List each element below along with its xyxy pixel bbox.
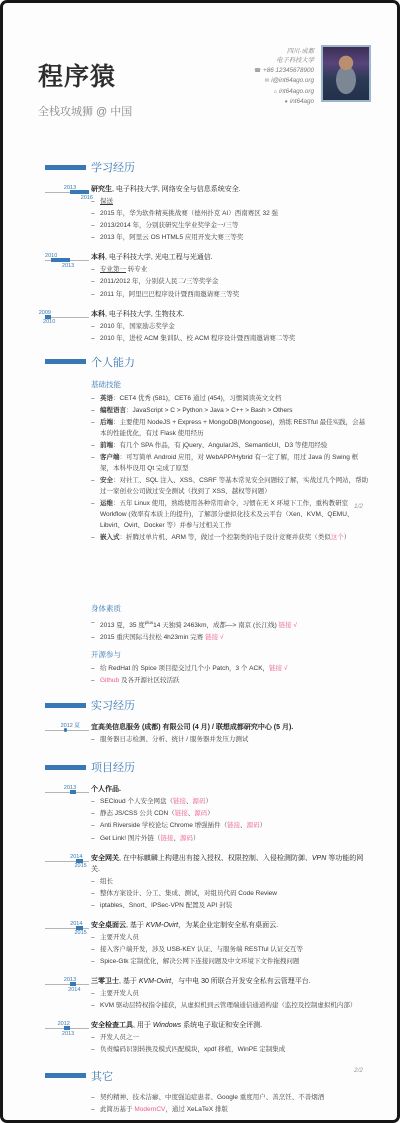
profile-photo (321, 45, 371, 102)
timeline-end-year: 2013 (48, 1031, 74, 1037)
section-title: 其它 (91, 1068, 113, 1084)
list-item: –KVM 驱动层特权指令捕获，从虚拟机到云管理端通信通道构建（监控及控制虚拟机内… (91, 1001, 371, 1012)
bullet-dash: – (91, 1033, 100, 1044)
timeline-end-year: 2015 (61, 930, 87, 936)
list-item: –2010 年，国家励志奖学金 (91, 322, 371, 333)
text-span: 安全 (100, 477, 113, 484)
list-item: –安全：对社工、SQL 注入、XSS、CSRF 等基本常见安全问题较了解，实战过… (91, 476, 371, 498)
bullet-text: KVM 驱动层特权指令捕获，从虚拟机到云管理端通信通道构建（监控及控制虚拟机内部… (100, 1001, 371, 1012)
bullet-dash: – (91, 265, 100, 276)
list-item: –前端：有几个 SPA 作品，有 jQuery、AngularJS、Semant… (91, 441, 371, 452)
entry-body: 三零卫士, 基于 KVM-Ovirt，与中电 30 所联合开发安全私有云管理平台… (91, 976, 371, 1013)
list-item: –给 RedHat 的 Spice 项目提交过几个小 Patch，3 个 ACK… (91, 664, 371, 675)
list-item: –2013/2014 年，分别获研究生学业奖学金一/三等 (91, 221, 371, 232)
text-span: ：CET4 优秀 (581)，CET6 通过 (454)，习惯阅读英文文档 (113, 395, 281, 402)
bullet-text: 开发人员之一 (100, 1033, 371, 1044)
text-span: 三零卫士 (91, 978, 119, 985)
timeline-end-year: 2015 (61, 863, 87, 869)
entry-timeline: 2013 (38, 784, 91, 845)
text-span: Spice-Gtk 定制优化，解决公网下连接问题及中文环境下文件拖拽问题 (100, 958, 299, 965)
text-span: 前端 (100, 442, 113, 449)
bullet-text: 客户端：可写简单 Android 应用，对 WebAPP/Hybrid 有一定了… (100, 453, 371, 475)
text-span: 安全桌面云 (91, 922, 126, 929)
timeline-line (45, 984, 89, 985)
section-header: 学习经历 (45, 159, 371, 175)
section-projects: 项目经历2013个人作品.–SECloud 个人安全网盘（链接、源码）–静态 J… (38, 759, 371, 1057)
text-span: 整体方案设计、分工、集成、测试，对组员代码 Code Review (100, 890, 277, 897)
list-item: –组长 (91, 877, 371, 888)
bullet-dash: – (91, 476, 100, 498)
inline-link[interactable]: 链接 √ (269, 665, 287, 672)
inline-link[interactable]: 源码 (194, 810, 207, 817)
inline-link[interactable]: 链接 √ (279, 622, 297, 629)
bullet-dash: – (91, 209, 100, 220)
bullet-text: 服务器日志检测、分析、统计 / 服务器并发压力测试 (100, 735, 371, 746)
timeline-entry: 20102013本科, 电子科技大学, 光电工程与光通信.–专业第一 转专业–2… (38, 252, 371, 301)
text-span: 14 天独骑 2463km，成都—> 南京 (长江线) (153, 622, 279, 629)
text-span: 2013 夏，35 度 (100, 622, 145, 629)
text-span: plus (145, 620, 153, 625)
resume-document: 程序猿 全栈攻城狮 @ 中国 四川·成都电子科技大学☎+86 123456789… (0, 0, 400, 1123)
entry-title: 本科, 电子科技大学, 光电工程与光通信. (91, 252, 371, 263)
bullet-text: 主要开发人员 (100, 933, 371, 944)
email-icon: ✉ (265, 78, 270, 84)
github-icon: ● (285, 99, 288, 105)
contact-text: 电子科技大学 (276, 57, 314, 64)
subsection-heading: 身体素质 (91, 603, 371, 614)
bullet-dash: – (91, 889, 100, 900)
text-span: 英语 (100, 395, 113, 402)
text-span: KVM 驱动层特权指令捕获，从虚拟机到云管理端通信通道构建（监控及控制虚拟机内部… (100, 1002, 356, 1009)
timeline-entry: 20142015安全网关, 在中标麒麟上构建出有接入授权、权限控制、入侵检测防御… (38, 853, 371, 913)
bullet-dash: – (91, 664, 100, 675)
text-span: Windows (153, 1022, 181, 1029)
entry-body: 研究生, 电子科技大学, 网络安全与信息系统安全.–保送–2015 年，华为软件… (91, 184, 371, 245)
text-span: ：主要使用 NodeJS + Express + MongoDB(Mongoos… (100, 419, 365, 437)
text-span: 研究生 (91, 186, 112, 193)
text-span: ：有几个 SPA 作品，有 jQuery、AngularJS、SemanticU… (113, 442, 327, 449)
timeline-end-year: 2013 (48, 263, 74, 269)
section-header: 其它 (45, 1068, 371, 1084)
timeline-start-year: 2014 (56, 854, 82, 860)
timeline-end-year: 2016 (67, 195, 93, 201)
entry-body: 宜高美信息服务 (成都) 有限公司 (4 月) / 联想成都研究中心 (5 月)… (91, 722, 371, 747)
list-item: –专业第一 转专业 (91, 265, 371, 276)
subsection: 身体素质–2013 夏，35 度plus14 天独骑 2463km，成都—> 南… (91, 603, 371, 644)
bullet-dash: – (91, 633, 100, 644)
text-span: 负责编码识别转换及模式匹配模块，xpdf 移植，WinPE 定制集成 (100, 1046, 285, 1053)
text-span: 主要开发人员 (100, 990, 139, 997)
bullet-dash: – (91, 418, 100, 440)
page-2-content: 身体素质–2013 夏，35 度plus14 天独骑 2463km，成都—> 南… (38, 603, 371, 1116)
section-misc: 其它–契约精神、技术洁癖、中度强迫症患者、Google 重度用户、善烹饪、不善烟… (38, 1068, 371, 1116)
text-span: 给 RedHat 的 Spice 项目提交过几个小 Patch，3 个 ACK， (100, 665, 269, 672)
text-span: ） (260, 822, 267, 829)
inline-link[interactable]: 源码 (192, 798, 205, 805)
bullet-text: iptables、Snort、IPSec-VPN 配置及 API 封装 (100, 901, 371, 912)
bullet-text: 专业第一 转专业 (100, 265, 371, 276)
bullet-dash: – (91, 901, 100, 912)
bullet-text: 组长 (100, 877, 371, 888)
text-span: Anti Riverside 学校论坛 Chrome 增强插件（ (100, 822, 227, 829)
bullet-text: Spice-Gtk 定制优化，解决公网下连接问题及中文环境下文件拖拽问题 (100, 957, 371, 968)
bullet-dash: – (91, 933, 100, 944)
bullet-text: 安全：对社工、SQL 注入、XSS、CSRF 等基本常见安全问题较了解，实战过几… (100, 476, 371, 498)
inline-link[interactable]: 链接 (160, 835, 173, 842)
text-span: 宜高美信息服务 (成都) 有限公司 (4 月) / 联想成都研究中心 (5 月)… (91, 724, 293, 731)
text-span: ，与中电 30 所联合开发安全私有云管理平台. (171, 978, 311, 985)
timeline-start-year: 2010 (31, 253, 57, 259)
text-span: , 用于 (133, 1022, 153, 1029)
list-item: –2015 年，华为软件精英挑战赛（德州扑克 AI）西南赛区 32 强 (91, 209, 371, 220)
text-span: 静态 JS/CSS 公共 CDN（ (100, 810, 175, 817)
phone-icon: ☎ (254, 68, 261, 74)
section-rule (45, 765, 86, 770)
timeline-entry: 20132016研究生, 电子科技大学, 网络安全与信息系统安全.–保送–201… (38, 184, 371, 245)
list-item: –契约精神、技术洁癖、中度强迫症患者、Google 重度用户、善烹饪、不善烟酒 (91, 1093, 371, 1104)
bullet-dash: – (91, 334, 100, 345)
list-item: –Github 及各开源社区较活跃 (91, 676, 371, 687)
bullet-dash: – (91, 233, 100, 244)
bullet-text: 整体方案设计、分工、集成、测试，对组员代码 Code Review (100, 889, 371, 900)
contact-line: ●int64ago (254, 97, 314, 107)
bullet-dash: – (91, 618, 100, 632)
subsection-heading: 开源参与 (91, 649, 371, 660)
text-span: ） (207, 810, 214, 817)
list-item: –Anti Riverside 学校论坛 Chrome 增强插件（链接、源码） (91, 821, 371, 832)
text-span: 运维 (100, 500, 113, 507)
text-span: ，为某企业定制安全私有桌面云. (178, 922, 278, 929)
bullet-text: 给 RedHat 的 Spice 项目提交过几个小 Patch，3 个 ACK，… (100, 664, 371, 675)
bullet-dash: – (91, 797, 100, 808)
section-rule (45, 359, 86, 364)
home-icon: ⌂ (274, 89, 277, 95)
text-span: 转专业 (126, 266, 147, 273)
timeline-start-year: 2014 (56, 921, 82, 927)
text-span: ） (193, 835, 200, 842)
entry-title: 安全检查工具, 用于 Windows 系统电子取证和安全评测. (91, 1020, 371, 1031)
list-item: –2010 年，进校 ACM 集训队、校 ACM 程序设计暨西南邀请赛二等奖 (91, 334, 371, 345)
subsection-heading: 基础技能 (91, 379, 371, 390)
timeline-start-year: 2013 (50, 977, 76, 983)
bullet-text: Github 及各开源社区较活跃 (100, 676, 371, 687)
list-item: –整体方案设计、分工、集成、测试，对组员代码 Code Review (91, 889, 371, 900)
text-span: ：对社工、SQL 注入、XSS、CSRF 等基本常见安全问题较了解，实战过几个网… (100, 477, 368, 495)
inline-link[interactable]: Github (100, 677, 119, 684)
entry-body: 本科, 电子科技大学, 生物技术.–2010 年，国家励志奖学金–2010 年，… (91, 309, 371, 346)
section-title: 项目经历 (91, 759, 135, 775)
text-span: 系统电子取证和安全评测. (181, 1022, 262, 1029)
entry-timeline: 20142015 (38, 920, 91, 969)
text-span: 安全网关 (91, 855, 119, 862)
timeline-end-year: 2014 (54, 987, 80, 993)
entry-body: 安全检查工具, 用于 Windows 系统电子取证和安全评测.–开发人员之一–负… (91, 1020, 371, 1057)
page-number: 2/2 (354, 1067, 363, 1074)
text-span: 客户端 (100, 454, 120, 461)
text-span: VPN (312, 855, 326, 862)
list-item: –开发人员之一 (91, 1033, 371, 1044)
timeline-mark: 2012 夏 (50, 723, 80, 729)
inline-link[interactable]: 链接 (173, 798, 186, 805)
inline-link[interactable]: 链接 (175, 810, 188, 817)
section-header: 实习经历 (45, 697, 371, 713)
section-internship: 实习经历2012 夏宜高美信息服务 (成都) 有限公司 (4 月) / 联想成都… (38, 697, 371, 747)
section-list: –契约精神、技术洁癖、中度强迫症患者、Google 重度用户、善烹饪、不善烟酒–… (91, 1093, 371, 1116)
section-header: 个人能力 (45, 354, 371, 370)
text-span: , 基于 (119, 978, 139, 985)
entry-timeline: 20132016 (38, 184, 91, 245)
contact-text: int64ago (290, 98, 314, 105)
inline-link[interactable]: 链接 (227, 822, 240, 829)
bullet-text: 2015 年，华为软件精英挑战赛（德州扑克 AI）西南赛区 32 强 (100, 209, 371, 220)
timeline-start-year: 2013 (50, 185, 76, 191)
bullet-dash: – (91, 453, 100, 475)
text-span: Get Link! 图片外链（ (100, 835, 160, 842)
text-span: , 在中标麒麟上构建出有接入授权、权限控制、入侵检测防御、 (119, 855, 312, 862)
text-span: 2013/2014 年，分别获研究生学业奖学金一/三等 (100, 222, 238, 229)
entry-title: 宜高美信息服务 (成都) 有限公司 (4 月) / 联想成都研究中心 (5 月)… (91, 722, 371, 733)
bullet-text: 2010 年，进校 ACM 集训队、校 ACM 程序设计暨西南邀请赛二等奖 (100, 334, 371, 345)
text-span: 2011/2012 年，分别获人民二/三等奖学金 (100, 278, 218, 285)
text-span: 组长 (100, 878, 113, 885)
text-span: 编程语言 (100, 407, 126, 414)
list-item: –2011/2012 年，分别获人民二/三等奖学金 (91, 277, 371, 288)
bullet-dash: – (91, 441, 100, 452)
bullet-dash: – (91, 277, 100, 288)
bullet-text: Get Link! 图片外链（链接、源码） (100, 834, 371, 845)
entry-title: 个人作品. (91, 784, 371, 795)
entry-timeline: 20122013 (38, 1020, 91, 1057)
text-span: iptables、Snort、IPSec-VPN 配置及 API 封装 (100, 902, 232, 909)
text-span: ：JavaScript > C > Python > Java > C++ > … (126, 407, 293, 414)
timeline-entry: 20132014三零卫士, 基于 KVM-Ovirt，与中电 30 所联合开发安… (38, 976, 371, 1013)
list-item: –服务器日志检测、分析、统计 / 服务器并发压力测试 (91, 735, 371, 746)
bullet-dash: – (91, 322, 100, 333)
bullet-dash: – (91, 1045, 100, 1056)
timeline-entry: 20092010本科, 电子科技大学, 生物技术.–2010 年，国家励志奖学金… (38, 309, 371, 346)
section-header: 项目经历 (45, 759, 371, 775)
contact-text: i@int64ago.org (271, 77, 314, 84)
text-span: 契约精神、技术洁癖、中度强迫症患者、Google 重度用户、善烹饪、不善烟酒 (100, 1094, 324, 1101)
bullet-dash: – (91, 957, 100, 968)
timeline-start-year: 2013 (50, 785, 76, 791)
candidate-tagline: 全栈攻城狮 @ 中国 (38, 103, 132, 119)
section-title: 实习经历 (91, 697, 135, 713)
bullet-text: 2013 夏，35 度plus14 天独骑 2463km，成都—> 南京 (长江… (100, 618, 371, 632)
bullet-text: 2013/2014 年，分别获研究生学业奖学金一/三等 (100, 221, 371, 232)
bullet-text: 静态 JS/CSS 公共 CDN（链接、源码） (100, 809, 371, 820)
timeline-line (45, 792, 89, 793)
entry-body: 安全桌面云, 基于 KVM-Ovirt，为某企业定制安全私有桌面云.–主要开发人… (91, 920, 371, 969)
bullet-dash: – (91, 989, 100, 1000)
entry-timeline: 2012 夏 (38, 722, 91, 747)
bullet-dash: – (91, 1105, 100, 1116)
text-span: , 电子科技大学, 光电工程与光通信. (105, 254, 213, 261)
inline-link[interactable]: 源码 (180, 835, 193, 842)
entry-timeline: 20092010 (38, 309, 91, 346)
page-1-content: 学习经历20132016研究生, 电子科技大学, 网络安全与信息系统安全.–保送… (38, 159, 371, 544)
bullet-dash: – (91, 1093, 100, 1104)
timeline-line (45, 317, 89, 318)
entry-timeline: 20132014 (38, 976, 91, 1013)
header-right: 四川·成都电子科技大学☎+86 12345678900✉i@int64ago.o… (254, 45, 371, 107)
text-span: 主要开发人员 (100, 934, 139, 941)
entry-timeline: 20102013 (38, 252, 91, 301)
bullet-dash: – (91, 221, 100, 232)
list-item: –保送 (91, 197, 371, 208)
list-item: –此简历基于 ModernCV，通过 XeLaTeX 排版 (91, 1105, 371, 1116)
section-education: 学习经历20132016研究生, 电子科技大学, 网络安全与信息系统安全.–保送… (38, 159, 371, 346)
list-item: –英语：CET4 优秀 (581)，CET6 通过 (454)，习惯阅读英文文档 (91, 394, 371, 405)
text-span: 此简历基于 (100, 1106, 134, 1113)
text-span: ，通过 XeLaTeX 排版 (165, 1106, 228, 1113)
list-item: –Get Link! 图片外链（链接、源码） (91, 834, 371, 845)
text-span: , 基于 (126, 922, 146, 929)
header-left: 程序猿 全栈攻城狮 @ 中国 (38, 45, 132, 119)
bullet-text: 2011 年，阿里巴巴程序设计暨西南邀请赛三等奖 (100, 290, 371, 301)
list-item: –后端：主要使用 NodeJS + Express + MongoDB(Mong… (91, 418, 371, 440)
text-span: 后端 (100, 419, 113, 426)
bullet-text: Anti Riverside 学校论坛 Chrome 增强插件（链接、源码） (100, 821, 371, 832)
subsection: 开源参与–给 RedHat 的 Spice 项目提交过几个小 Patch，3 个… (91, 649, 371, 687)
text-span: 开发人员之一 (100, 1034, 139, 1041)
contact-line: ⌂int64ago.org (254, 87, 314, 97)
text-span: , 电子科技大学, 生物技术. (105, 311, 185, 318)
text-span: 2013 年，阿里云 OS HTML5 应用开发大赛三等奖 (100, 234, 243, 241)
text-span: 2011 年，阿里巴巴程序设计暨西南邀请赛三等奖 (100, 291, 239, 298)
bullet-text: 主要开发人员 (100, 989, 371, 1000)
list-item: –2011 年，阿里巴巴程序设计暨西南邀请赛三等奖 (91, 290, 371, 301)
inline-link[interactable]: 源码 (247, 822, 260, 829)
page-number: 1/2 (354, 503, 363, 510)
entry-timeline: 20142015 (38, 853, 91, 913)
list-item: –SECloud 个人安全网盘（链接、源码） (91, 797, 371, 808)
list-item: –主要开发人员 (91, 933, 371, 944)
list-item: –Spice-Gtk 定制优化，解决公网下连接问题及中文环境下文件拖拽问题 (91, 957, 371, 968)
section-rule (45, 703, 86, 708)
text-span: 服务器日志检测、分析、统计 / 服务器并发压力测试 (100, 736, 248, 743)
list-item: –接入客户端开发，涉及 USB-KEY 认证、与服务端 RESTful 认证交互… (91, 945, 371, 956)
timeline-start-year: 2009 (25, 310, 51, 316)
bullet-dash: – (91, 809, 100, 820)
entry-body: 本科, 电子科技大学, 光电工程与光通信.–专业第一 转专业–2011/2012… (91, 252, 371, 301)
list-item: –iptables、Snort、IPSec-VPN 配置及 API 封装 (91, 901, 371, 912)
bullet-text: 英语：CET4 优秀 (581)，CET6 通过 (454)，习惯阅读英文文档 (100, 394, 371, 405)
list-item: –2015 重庆国际马拉松 4h23min 完赛 链接 √ (91, 633, 371, 644)
bullet-text: 负责编码识别转换及模式匹配模块，xpdf 移植，WinPE 定制集成 (100, 1045, 371, 1056)
list-item: –客户端：可写简单 Android 应用，对 WebAPP/Hybrid 有一定… (91, 453, 371, 475)
bullet-dash: – (91, 945, 100, 956)
list-item: –2013 夏，35 度plus14 天独骑 2463km，成都—> 南京 (长… (91, 618, 371, 632)
text-span: SECloud 个人安全网盘（ (100, 798, 173, 805)
contact-text: 四川·成都 (287, 48, 314, 55)
bullet-text: 接入客户端开发，涉及 USB-KEY 认证、与服务端 RESTful 认证交互等 (100, 945, 371, 956)
text-span: KVM-Ovirt (146, 922, 178, 929)
section-rule (45, 165, 86, 170)
bullet-dash: – (91, 821, 100, 832)
bullet-text: 2013 年，阿里云 OS HTML5 应用开发大赛三等奖 (100, 233, 371, 244)
bullet-text: 此简历基于 ModernCV，通过 XeLaTeX 排版 (100, 1105, 371, 1116)
bullet-dash: – (91, 394, 100, 405)
text-span: 2010 年，国家励志奖学金 (100, 323, 175, 330)
text-span: 2015 重庆国际马拉松 4h23min 完赛 (100, 634, 205, 641)
text-span: 及各开源社区较活跃 (119, 677, 179, 684)
bullet-dash: – (91, 877, 100, 888)
list-item: –编程语言：JavaScript > C > Python > Java > C… (91, 406, 371, 417)
text-span: 安全检查工具 (91, 1022, 133, 1029)
bullet-text: 2011/2012 年，分别获人民二/三等奖学金 (100, 277, 371, 288)
timeline-end-year: 2010 (29, 319, 55, 325)
bullet-text: 后端：主要使用 NodeJS + Express + MongoDB(Mongo… (100, 418, 371, 440)
inline-link[interactable]: ModernCV (134, 1106, 165, 1113)
contact-line: ✉i@int64ago.org (254, 76, 314, 86)
timeline-entry: 2012 夏宜高美信息服务 (成都) 有限公司 (4 月) / 联想成都研究中心… (38, 722, 371, 747)
section-title: 学习经历 (91, 159, 135, 175)
text-span: 保送 (100, 198, 113, 205)
list-item: –负责编码识别转换及模式匹配模块，xpdf 移植，WinPE 定制集成 (91, 1045, 371, 1056)
timeline-entry: 20122013安全检查工具, 用于 Windows 系统电子取证和安全评测.–… (38, 1020, 371, 1057)
entry-title: 安全桌面云, 基于 KVM-Ovirt，为某企业定制安全私有桌面云. (91, 920, 371, 931)
text-span: KVM-Ovirt (139, 978, 171, 985)
bullet-text: 契约精神、技术洁癖、中度强迫症患者、Google 重度用户、善烹饪、不善烟酒 (100, 1093, 371, 1104)
text-span: 本科 (91, 311, 105, 318)
text-span: ） (205, 798, 212, 805)
entry-body: 个人作品.–SECloud 个人安全网盘（链接、源码）–静态 JS/CSS 公共… (91, 784, 371, 845)
timeline-entry: 2013个人作品.–SECloud 个人安全网盘（链接、源码）–静态 JS/CS… (38, 784, 371, 845)
bullet-text: 前端：有几个 SPA 作品，有 jQuery、AngularJS、Semanti… (100, 441, 371, 452)
bullet-dash: – (91, 290, 100, 301)
list-item: –2013 年，阿里云 OS HTML5 应用开发大赛三等奖 (91, 233, 371, 244)
text-span: , 电子科技大学, 网络安全与信息系统安全. (112, 186, 241, 193)
timeline-start-year: 2012 (44, 1021, 70, 1027)
text-span: 接入客户端开发，涉及 USB-KEY 认证、与服务端 RESTful 认证交互等 (100, 946, 303, 953)
bullet-text: SECloud 个人安全网盘（链接、源码） (100, 797, 371, 808)
bullet-text: 保送 (100, 197, 371, 208)
entry-title: 三零卫士, 基于 KVM-Ovirt，与中电 30 所联合开发安全私有云管理平台… (91, 976, 371, 987)
bullet-dash: – (91, 1001, 100, 1012)
entry-title: 本科, 电子科技大学, 生物技术. (91, 309, 371, 320)
bullet-text: 编程语言：JavaScript > C > Python > Java > C+… (100, 406, 371, 417)
text-span: 2015 年，华为软件精英挑战赛（德州扑克 AI）西南赛区 32 强 (100, 210, 278, 217)
contact-text: int64ago.org (279, 88, 314, 95)
contact-line: 电子科技大学 (254, 56, 314, 65)
text-span: ：可写简单 Android 应用，对 WebAPP/Hybrid 有一定了解，用… (100, 454, 358, 472)
text-span: 个人作品. (91, 786, 121, 793)
text-span: 专业第一 (100, 266, 126, 273)
entry-body: 安全网关, 在中标麒麟上构建出有接入授权、权限控制、入侵检测防御、VPN 等功能… (91, 853, 371, 913)
contact-line: 四川·成都 (254, 47, 314, 56)
contact-text: +86 12345678900 (263, 67, 314, 74)
bullet-dash: – (91, 834, 100, 845)
bullet-dash: – (91, 735, 100, 746)
contact-info: 四川·成都电子科技大学☎+86 12345678900✉i@int64ago.o… (254, 47, 314, 107)
list-item: –主要开发人员 (91, 989, 371, 1000)
inline-link[interactable]: 链接 √ (205, 634, 223, 641)
text-span: 2010 年，进校 ACM 集训队、校 ACM 程序设计暨西南邀请赛二等奖 (100, 335, 295, 342)
section-title: 个人能力 (91, 354, 135, 370)
timeline-entry: 20142015安全桌面云, 基于 KVM-Ovirt，为某企业定制安全私有桌面… (38, 920, 371, 969)
entry-title: 研究生, 电子科技大学, 网络安全与信息系统安全. (91, 184, 371, 195)
resume-page-1: 程序猿 全栈攻城狮 @ 中国 四川·成都电子科技大学☎+86 123456789… (3, 3, 397, 514)
entry-title: 安全网关, 在中标麒麟上构建出有接入授权、权限控制、入侵检测防御、VPN 等功能… (91, 853, 371, 875)
section-skills-continued: 身体素质–2013 夏，35 度plus14 天独骑 2463km，成都—> 南… (38, 603, 371, 687)
resume-header: 程序猿 全栈攻城狮 @ 中国 四川·成都电子科技大学☎+86 123456789… (38, 45, 371, 119)
bullet-dash: – (91, 406, 100, 417)
list-item: –静态 JS/CSS 公共 CDN（链接、源码） (91, 809, 371, 820)
text-span: 本科 (91, 254, 105, 261)
contact-line: ☎+86 12345678900 (254, 66, 314, 76)
bullet-text: 2015 重庆国际马拉松 4h23min 完赛 链接 √ (100, 633, 371, 644)
